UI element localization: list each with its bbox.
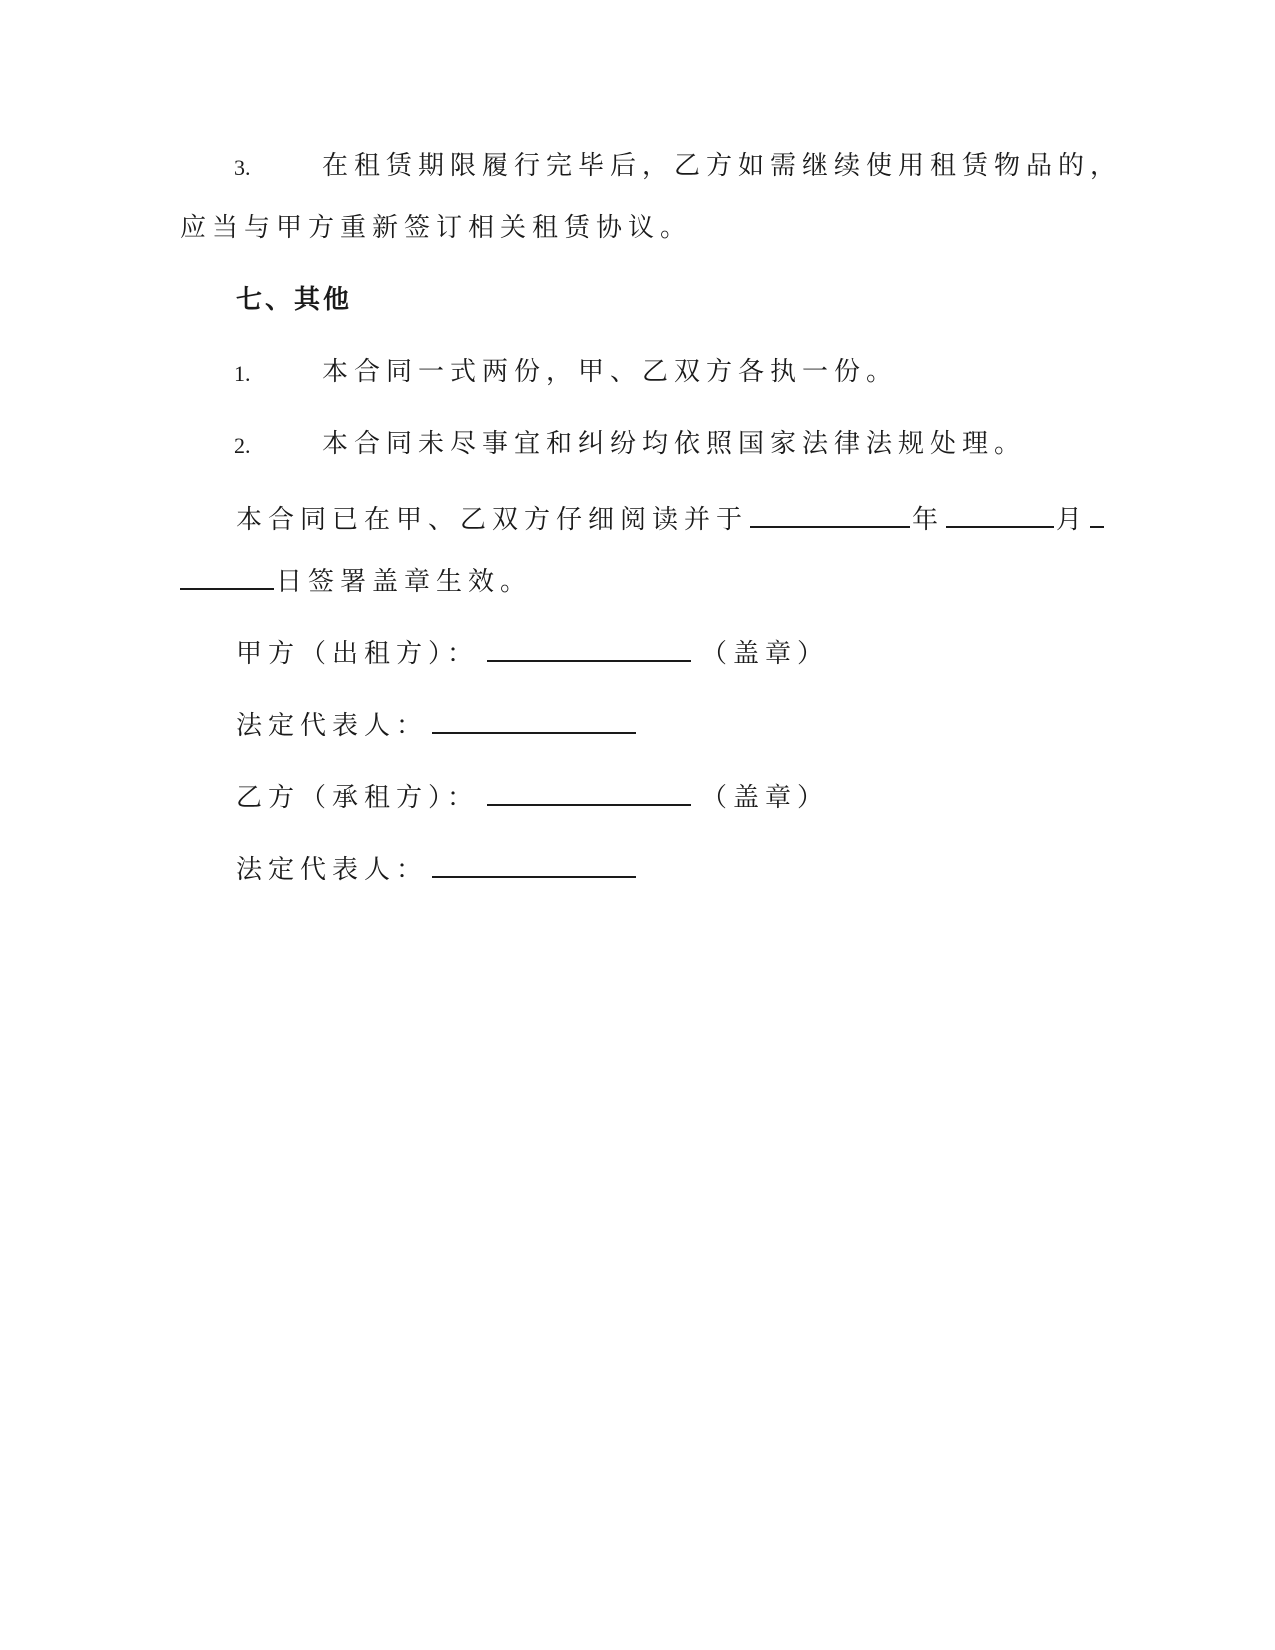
party-b-signature-line: 乙方（承租方）：（盖章） — [236, 778, 829, 814]
party-a-label: 甲方（出租方）： — [236, 639, 479, 669]
year-label: 年 — [912, 505, 944, 535]
party-b-legal-rep-blank[interactable] — [432, 850, 636, 878]
section-7-item-1-number: 1. — [234, 358, 251, 390]
party-a-signature-line: 甲方（出租方）：（盖章） — [236, 634, 829, 670]
party-a-legal-rep-label: 法定代表人： — [236, 711, 428, 741]
effective-date-prefix: 本合同已在甲、乙双方仔细阅读并于 — [236, 505, 748, 535]
party-a-legal-rep-blank[interactable] — [432, 706, 636, 734]
clause-3-line-1: 在租赁期限履行完毕后，乙方如需继续使用租赁物品的， — [322, 150, 1122, 182]
party-b-label: 乙方（承租方）： — [236, 783, 479, 813]
effective-date-line-2: 日签署盖章生效。 — [180, 562, 532, 598]
month-blank[interactable] — [946, 500, 1054, 528]
section-7-heading: 七、其他 — [236, 284, 352, 316]
day-blank-start[interactable] — [1090, 500, 1104, 528]
section-7-item-2-number: 2. — [234, 430, 251, 462]
day-suffix: 日签署盖章生效。 — [276, 567, 532, 597]
section-7-item-1-text: 本合同一式两份，甲、乙双方各执一份。 — [322, 356, 898, 388]
party-b-seal-label: （盖章） — [701, 783, 829, 813]
party-a-legal-rep-line: 法定代表人： — [236, 706, 638, 742]
effective-date-line: 本合同已在甲、乙双方仔细阅读并于年月 — [236, 500, 1106, 536]
day-blank[interactable] — [180, 562, 274, 590]
party-b-legal-rep-line: 法定代表人： — [236, 850, 638, 886]
party-b-legal-rep-label: 法定代表人： — [236, 855, 428, 885]
party-a-blank[interactable] — [487, 634, 691, 662]
clause-3-number: 3. — [234, 152, 251, 184]
party-b-blank[interactable] — [487, 778, 691, 806]
section-7-item-2-text: 本合同未尽事宜和纠纷均依照国家法律法规处理。 — [322, 428, 1026, 460]
clause-3-line-2: 应当与甲方重新签订相关租赁协议。 — [180, 212, 692, 244]
year-blank[interactable] — [750, 500, 910, 528]
party-a-seal-label: （盖章） — [701, 639, 829, 669]
month-label: 月 — [1056, 505, 1088, 535]
